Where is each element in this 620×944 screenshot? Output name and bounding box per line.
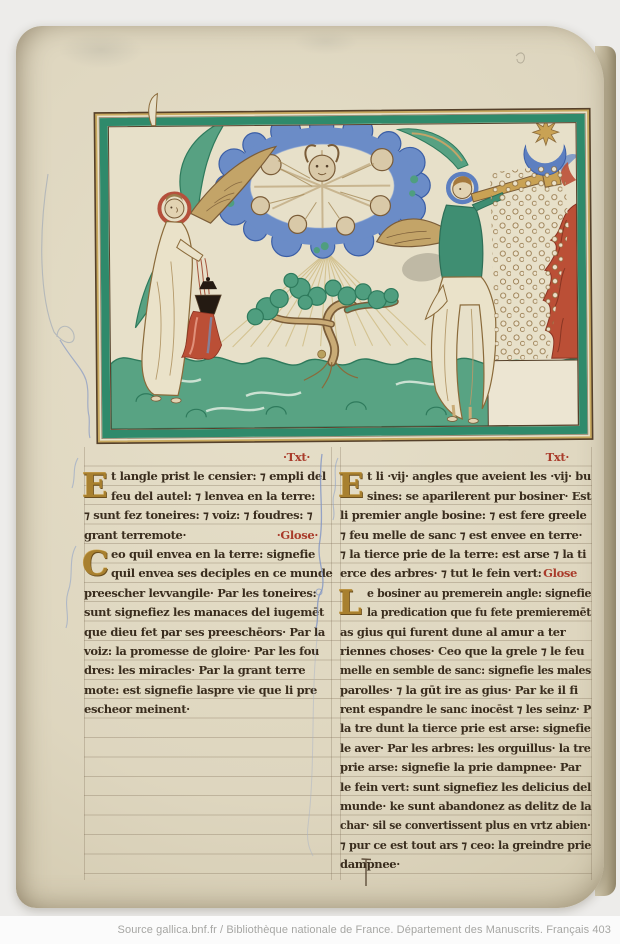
text-line: parolles· ⁊ la gūt ire as gius· Par ke i… [340, 681, 591, 700]
text-line: t langle prist le censier: ⁊ empli del [111, 467, 332, 486]
miniature [94, 108, 594, 444]
text-line: sines: se aparilerent pur bosiner· Est [367, 487, 590, 506]
text-line: feu del autel: ⁊ lenvea en la terre: [111, 487, 332, 506]
text-line: dres: les miracles· Par la grant terre [84, 661, 332, 680]
text-line: ⁊ sunt fez toneires: ⁊ voiz: ⁊ foudres: … [84, 506, 332, 525]
text-line: t li ·vij· angles que aveient les ·vij· … [367, 467, 590, 486]
left-initial-flourish [66, 458, 78, 628]
rubric-glose: ·Glose· [277, 526, 318, 545]
text-line: char· sil se convertissent plus en vrtz … [340, 816, 575, 835]
text-line: quil envea ses deciples en ce munde [111, 564, 332, 583]
text-line: la predication que fu fete premieremēt [367, 603, 578, 622]
text-line: prie arse: signefie la prie dampnee· Par [340, 758, 591, 777]
source-attribution-bar: Source gallica.bnf.fr / Bibliothèque nat… [0, 916, 620, 944]
rubric-glose: Glose [543, 564, 577, 583]
illuminated-initial: E [82, 468, 108, 504]
text-line: le fein vert: sunt signefiez les deliciu… [340, 778, 589, 797]
text-line: riennes choses· Ceo que la grele ⁊ le fe… [340, 642, 591, 661]
text-line: dampnee· [340, 855, 591, 874]
text-line: munde· ke sunt abandonez as delitz de la [340, 797, 590, 816]
text-line: rent espandre le sanc inocēst ⁊ les sein… [340, 700, 582, 719]
text-line: mote: est signefie laspre vie que li pre [84, 681, 332, 700]
text-line: preescher levvangile· Par les toneires: [84, 584, 332, 603]
text-line: escheor meinent· [84, 700, 332, 719]
text-line: que dieu fet par ses preeschēors· Par la [84, 623, 332, 642]
source-attribution: Source gallica.bnf.fr / Bibliothèque nat… [118, 924, 611, 936]
text-line: grant terremote··Glose· [84, 526, 332, 545]
illuminated-initial: E [338, 468, 364, 504]
rubric-txt: ·Txt· [283, 450, 310, 464]
text-line: li premier angle bosine: ⁊ est fere gree… [340, 506, 591, 525]
text-line: eo quil envea en la terre: signefie [111, 545, 332, 564]
text-line: as gius qui furent dune al amur a ter [340, 623, 591, 642]
angel-tunic [439, 205, 483, 281]
illuminated-initial: C [82, 546, 109, 582]
text-line: sunt signefiez les manaces del iugemēt [84, 603, 332, 622]
scan-background: ·Txt·Et langle prist le censier: ⁊ empli… [0, 0, 620, 944]
text-line: ⁊ la tierce prie de la terre: est arse ⁊… [340, 545, 591, 564]
text-line: e bosiner au premerein angle: signefie [367, 584, 580, 603]
text-line: le aver· Par les arbres: les orguillus· … [340, 739, 586, 758]
rubric-txt: Txt· [546, 450, 569, 464]
blank-patch [488, 360, 579, 426]
text-line: erce des arbres· ⁊ tut le fein vert:Glos… [340, 564, 591, 583]
pen-squiggle-top-right [516, 53, 524, 63]
text-column-right: Txt·Et li ·vij· angles que aveient les ·… [340, 448, 591, 875]
margin-loop-flourish [42, 174, 74, 343]
margin-loop-tail [60, 340, 90, 438]
text-line: la tre dunt la tierce prie est arse: sig… [340, 719, 588, 738]
text-line: ⁊ feu melle de sanc ⁊ est envee en terre… [340, 526, 591, 545]
illuminated-initial: L [338, 585, 362, 621]
text-column-left: ·Txt·Et langle prist le censier: ⁊ empli… [84, 448, 332, 719]
text-line: melle en semble de sanc: signefie les ma… [340, 661, 577, 680]
manuscript-page: ·Txt·Et langle prist le censier: ⁊ empli… [16, 26, 604, 908]
ruling-vertical-right-outer [591, 447, 592, 880]
text-line: voiz: la promesse de gloire· Par les fou [84, 642, 332, 661]
text-line: ⁊ pur ce est tout ars ⁊ ceo: la greindre… [340, 836, 584, 855]
